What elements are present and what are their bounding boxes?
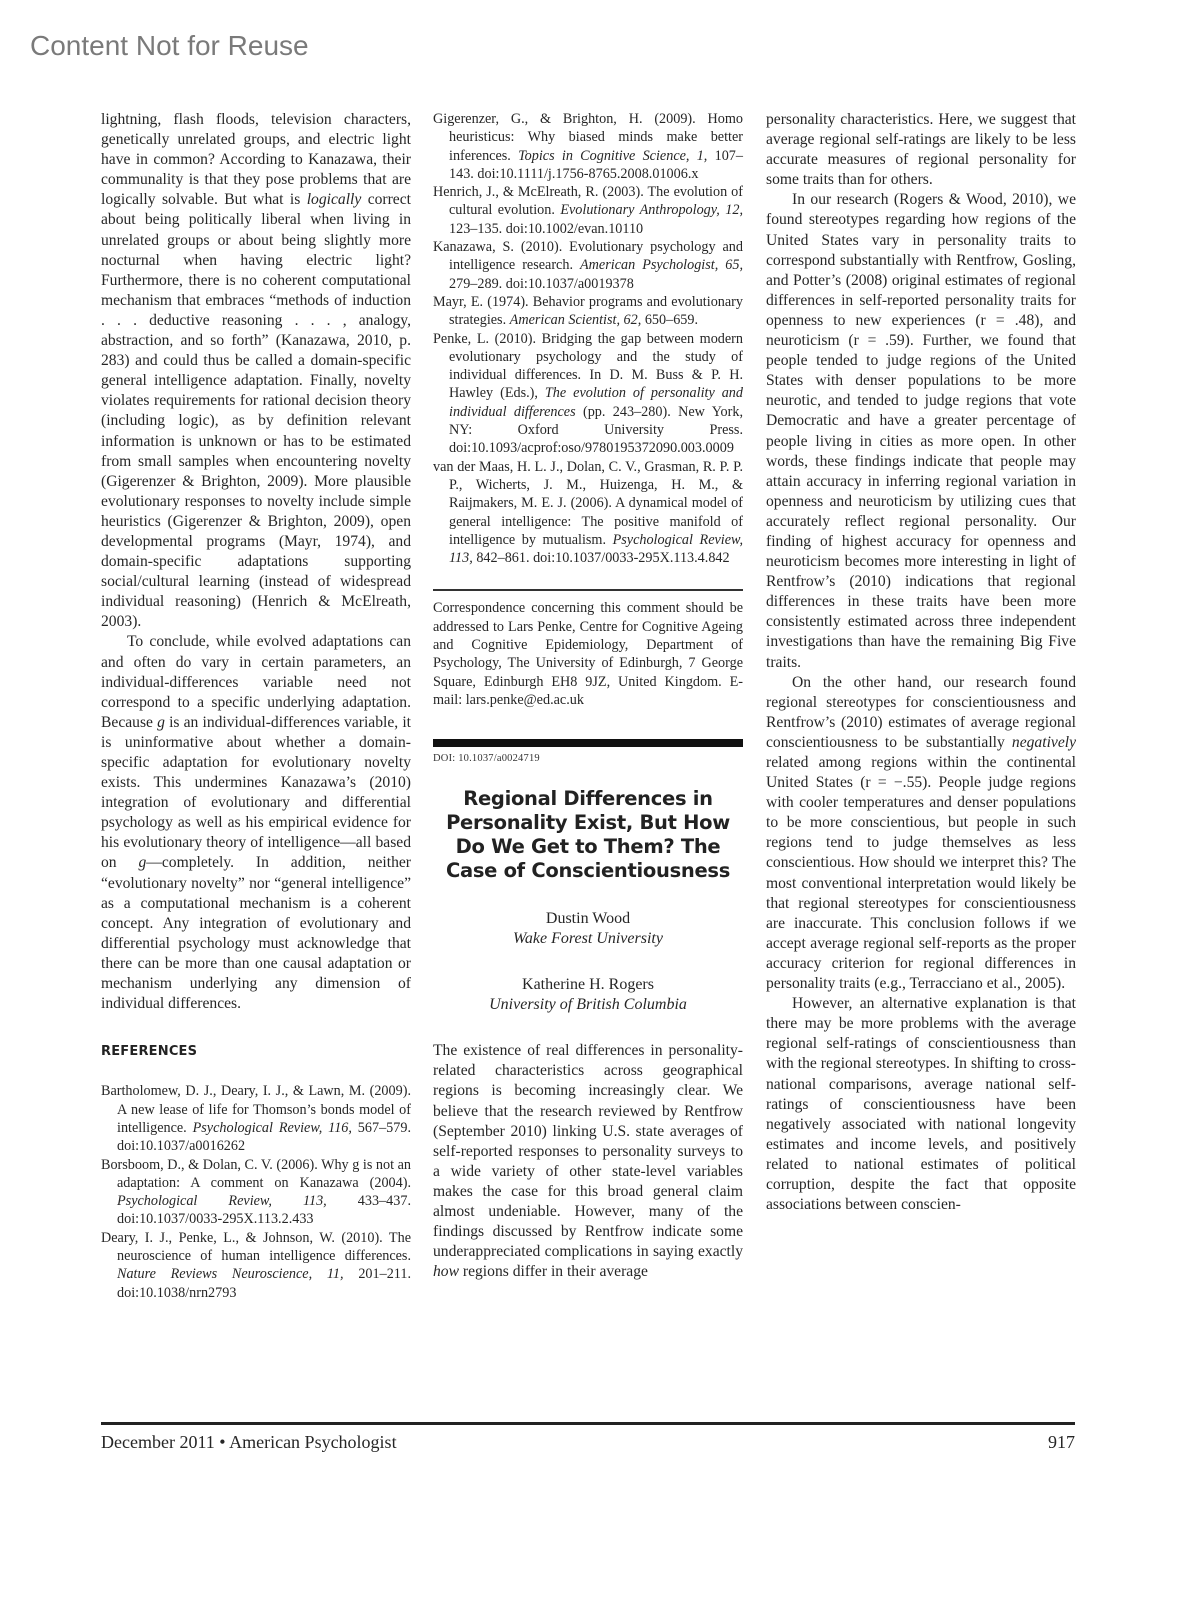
references-heading: REFERENCES [101,1042,411,1062]
journal: American Psychologist, 65, [580,257,743,273]
reference-item: Gigerenzer, G., & Brighton, H. (2009). H… [433,110,743,183]
journal: Psychological Review, 116, [193,1120,352,1136]
column-2: Gigerenzer, G., & Brighton, H. (2009). H… [433,110,743,1282]
body-paragraph: To conclude, while evolved adaptations c… [101,632,411,1014]
text: correct about being politically liberal … [101,191,411,630]
reference-item: Penke, L. (2010). Bridging the gap betwe… [433,330,743,458]
author-block: Dustin Wood Wake Forest University [433,909,743,949]
body-paragraph: On the other hand, our research found re… [766,673,1076,995]
journal: Evolutionary Anthropology, 12, [560,202,743,218]
journal: Topics in Cognitive Science, 1, [518,148,707,164]
emphasis: g [157,714,165,731]
reference-item: Mayr, E. (1974). Behavior programs and e… [433,293,743,330]
reference-item: Henrich, J., & McElreath, R. (2003). The… [433,183,743,238]
column-3: personality characteristics. Here, we su… [766,110,1076,1215]
author-affiliation: University of British Columbia [433,995,743,1015]
text: Deary, I. J., Penke, L., & Johnson, W. (… [101,1230,411,1264]
reference-item: Bartholomew, D. J., Deary, I. J., & Lawn… [101,1082,411,1155]
text: —completely. In addition, neither “evolu… [101,854,411,1012]
journal: American Scientist, 62, [510,312,642,328]
text: 123–135. doi:10.1002/evan.10110 [449,221,643,237]
body-paragraph: In our research (Rogers & Wood, 2010), w… [766,190,1076,672]
correspondence-note: Correspondence concerning this comment s… [433,599,743,709]
emphasis: how [433,1263,459,1280]
author-block: Katherine H. Rogers University of Britis… [433,975,743,1015]
article-title: Regional Differences in Personality Exis… [433,787,743,883]
body-paragraph: personality characteristics. Here, we su… [766,110,1076,190]
author-name: Dustin Wood [433,909,743,929]
column-1: lightning, flash floods, television char… [101,110,411,1302]
reference-item: Kanazawa, S. (2010). Evolutionary psycho… [433,238,743,293]
journal: Psychological Review, 113, [117,1193,327,1209]
emphasis: negatively [1012,734,1076,751]
article-doi: DOI: 10.1037/a0024719 [433,749,743,769]
emphasis: logically [307,191,362,208]
body-paragraph: The existence of real differences in per… [433,1041,743,1282]
text: 279–289. doi:10.1037/a0019378 [449,276,634,292]
text: regions differ in their average [459,1263,648,1280]
body-paragraph: lightning, flash floods, television char… [101,110,411,632]
article-separator-bar [433,739,743,747]
reference-item: van der Maas, H. L. J., Dolan, C. V., Gr… [433,458,743,568]
text: related among regions within the contine… [766,754,1076,992]
text: is an individual-differences variable, i… [101,714,411,872]
text: 842–861. doi:10.1037/0033-295X.113.4.842 [473,550,730,566]
journal-issue: December 2011 • American Psychologist [101,1432,397,1453]
text: 650–659. [641,312,698,328]
page-number: 917 [1048,1432,1075,1453]
author-name: Katherine H. Rogers [433,975,743,995]
body-paragraph: However, an alternative explanation is t… [766,994,1076,1215]
author-affiliation: Wake Forest University [433,929,743,949]
reference-item: Deary, I. J., Penke, L., & Johnson, W. (… [101,1229,411,1302]
text: The existence of real differences in per… [433,1042,743,1260]
text: Borsboom, D., & Dolan, C. V. (2006). Why… [101,1157,411,1191]
divider [433,589,743,591]
journal: Nature Reviews Neuroscience, 11, [117,1266,344,1282]
footer-divider [101,1422,1075,1425]
watermark: Content Not for Reuse [30,30,309,62]
reference-item: Borsboom, D., & Dolan, C. V. (2006). Why… [101,1156,411,1229]
